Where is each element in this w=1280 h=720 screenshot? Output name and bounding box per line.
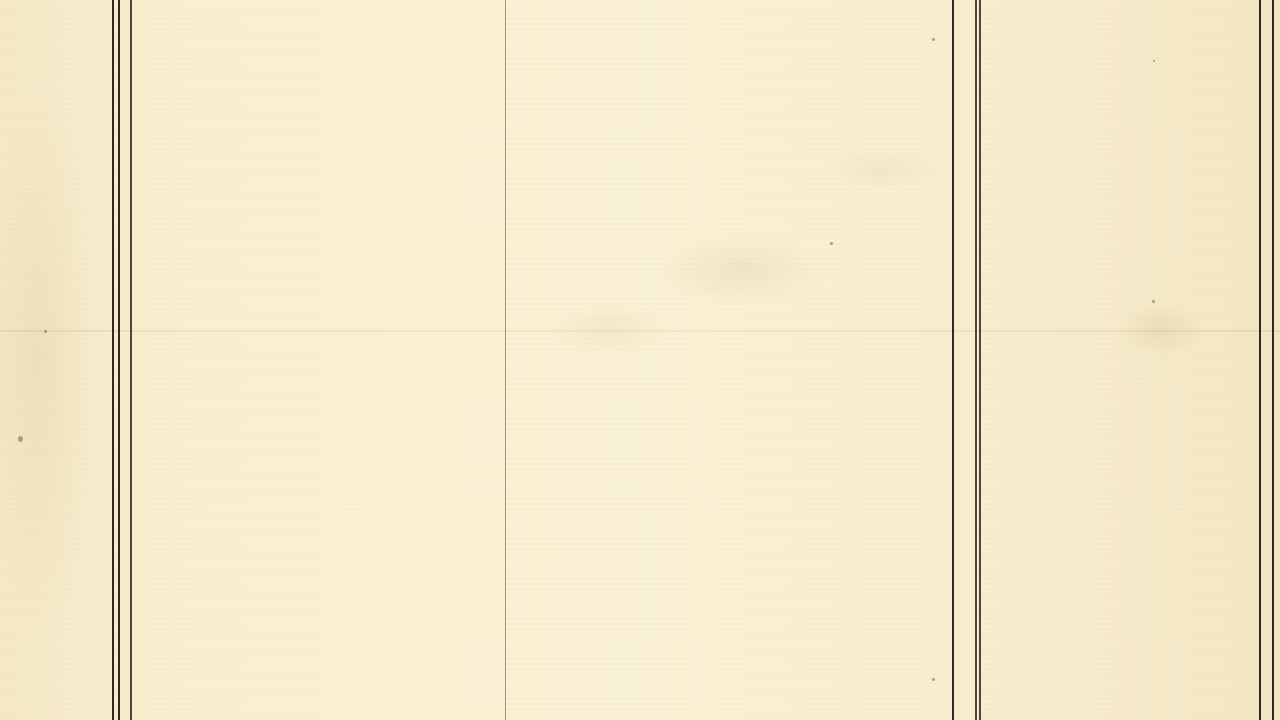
right-column-rule-3 [979,0,981,720]
left-column-rule-1 [112,0,114,720]
paper-speck [44,330,47,333]
center-column-rule [505,0,506,720]
paper-speck [932,38,935,41]
paper-speck [1152,300,1155,303]
paper-speck [932,678,935,681]
paper-speck [830,242,833,245]
paper-speck [1153,60,1155,62]
right-column-rule-2 [975,0,977,720]
paper-fold-crease [0,330,1280,332]
far-right-rule-1 [1259,0,1261,720]
left-column-rule-2 [118,0,120,720]
ledger-paper [0,0,1280,720]
far-right-rule-2 [1272,0,1274,720]
right-column-rule-1 [952,0,954,720]
paper-speck [18,436,23,442]
left-column-rule-3 [130,0,132,720]
